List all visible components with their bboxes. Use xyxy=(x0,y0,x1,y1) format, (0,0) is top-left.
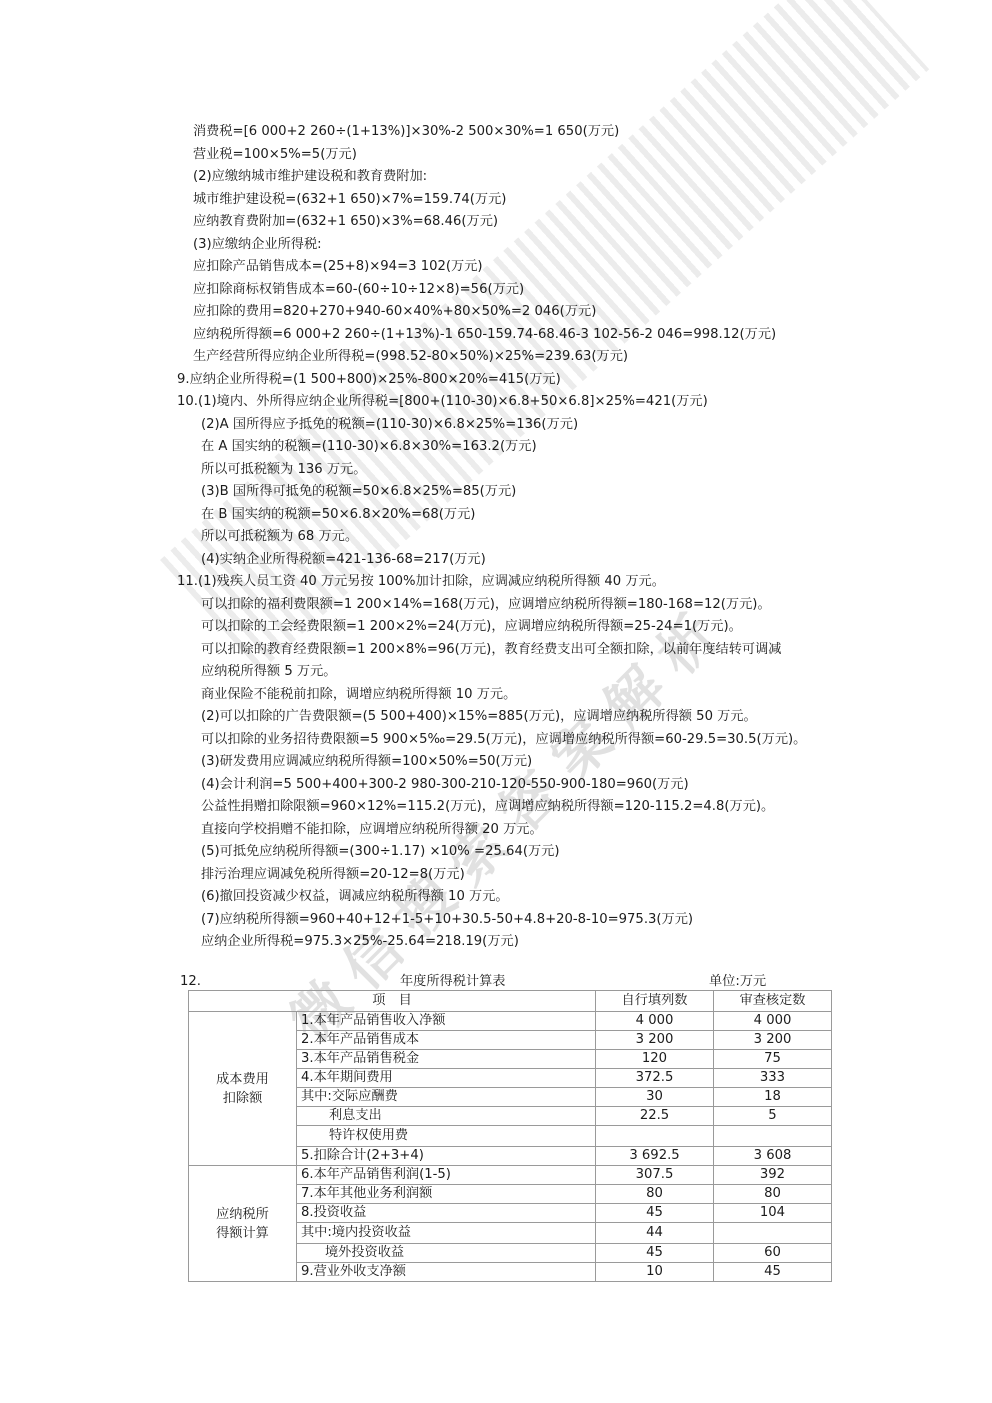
row-audit: 75 xyxy=(714,1050,832,1069)
row-self: 10 xyxy=(596,1263,714,1282)
table-row: 成本费用 扣除额 1.本年产品销售收入净额 4 000 4 000 xyxy=(189,1012,832,1031)
group-taxable-income: 应纳税所 得额计算 xyxy=(189,1166,297,1282)
group-label: 得额计算 xyxy=(216,1226,269,1241)
text-line: 在 B 国实纳的税额=50×6.8×20%=68(万元) xyxy=(201,507,475,523)
header-self-reported: 自行填列数 xyxy=(596,991,714,1012)
text-line: (2)应缴纳城市维护建设税和教育费附加: xyxy=(193,169,427,185)
text-line: (3)B 国所得可抵免的税额=50×6.8×25%=85(万元) xyxy=(201,484,516,500)
text-line: (2)A 国所得应予抵免的税额=(110-30)×6.8×25%=136(万元) xyxy=(201,417,578,433)
row-audit: 4 000 xyxy=(714,1012,832,1031)
row-item: 其中:境内投资收益 xyxy=(297,1223,596,1244)
row-item: 8.投资收益 xyxy=(297,1204,596,1223)
text-line: 城市维护建设税=(632+1 650)×7%=159.74(万元) xyxy=(193,192,506,208)
text-line: (4)会计利润=5 500+400+300-2 980-300-210-120-… xyxy=(201,777,689,793)
text-line: 应扣除产品销售成本=(25+8)×94=3 102(万元) xyxy=(193,259,483,275)
row-audit: 18 xyxy=(714,1088,832,1107)
row-self: 44 xyxy=(596,1223,714,1244)
group-cost-deduction: 成本费用 扣除额 xyxy=(189,1012,297,1166)
text-line: 生产经营所得应纳企业所得税=(998.52-80×50%)×25%=239.63… xyxy=(193,349,628,365)
row-item: 特许权使用费 xyxy=(297,1126,596,1147)
row-item: 5.扣除合计(2+3+4) xyxy=(297,1147,596,1166)
row-audit: 104 xyxy=(714,1204,832,1223)
group-label: 应纳税所 xyxy=(216,1207,269,1222)
row-self: 372.5 xyxy=(596,1069,714,1088)
text-line: 应扣除商标权销售成本=60-(60÷10÷12×8)=56(万元) xyxy=(193,282,524,298)
row-item: 7.本年其他业务利润额 xyxy=(297,1185,596,1204)
row-audit xyxy=(714,1126,832,1147)
row-audit xyxy=(714,1223,832,1244)
text-line: 应纳企业所得税=975.3×25%-25.64=218.19(万元) xyxy=(201,934,519,950)
text-line: 9.应纳企业所得税=(1 500+800)×25%-800×20%=415(万元… xyxy=(177,372,561,388)
text-line: (3)研发费用应调减应纳税所得额=100×50%=50(万元) xyxy=(201,754,532,770)
text-line: 可以扣除的福利费限额=1 200×14%=168(万元)，应调增应纳税所得额=1… xyxy=(201,597,771,613)
row-item: 利息支出 xyxy=(297,1107,596,1126)
table-unit: 单位:万元 xyxy=(709,974,766,990)
text-line: 11.(1)残疾人员工资 40 万元另按 100%加计扣除，应调减应纳税所得额 … xyxy=(177,574,665,590)
text-line: 应纳税所得额=6 000+2 260÷(1+13%)-1 650-159.74-… xyxy=(193,327,776,343)
text-line: 所以可抵税额为 136 万元。 xyxy=(201,462,366,478)
text-line: 可以扣除的业务招待费限额=5 900×5‰=29.5(万元)，应调增应纳税所得额… xyxy=(201,732,806,748)
header-item: 项 目 xyxy=(189,991,596,1012)
row-self: 80 xyxy=(596,1185,714,1204)
text-line: (6)撤回投资减少权益，调减应纳税所得额 10 万元。 xyxy=(201,889,509,905)
row-self: 45 xyxy=(596,1244,714,1263)
row-audit: 392 xyxy=(714,1166,832,1185)
row-item: 2.本年产品销售成本 xyxy=(297,1031,596,1050)
row-audit: 5 xyxy=(714,1107,832,1126)
table-row: 应纳税所 得额计算 6.本年产品销售利润(1-5) 307.5 392 xyxy=(189,1166,832,1185)
header-audited: 审查核定数 xyxy=(714,991,832,1012)
text-line: (3)应缴纳企业所得税: xyxy=(193,237,322,253)
table-title: 年度所得税计算表 xyxy=(400,974,506,990)
table-header-row: 项 目 自行填列数 审查核定数 xyxy=(189,991,832,1012)
row-item: 9.营业外收支净额 xyxy=(297,1263,596,1282)
row-item: 6.本年产品销售利润(1-5) xyxy=(297,1166,596,1185)
text-line: 可以扣除的教育经费限额=1 200×8%=96(万元)，教育经费支出可全额扣除，… xyxy=(201,642,781,658)
text-line: (5)可抵免应纳税所得额=(300÷1.17) ×10% =25.64(万元) xyxy=(201,844,560,860)
text-line: (4)实纳企业所得税额=421-136-68=217(万元) xyxy=(201,552,486,568)
row-self: 30 xyxy=(596,1088,714,1107)
text-line: (2)可以扣除的广告费限额=(5 500+400)×15%=885(万元)，应调… xyxy=(201,709,757,725)
text-line: 应扣除的费用=820+270+940-60×40%+80×50%=2 046(万… xyxy=(193,304,596,320)
row-audit: 3 200 xyxy=(714,1031,832,1050)
row-item: 4.本年期间费用 xyxy=(297,1069,596,1088)
text-line: 应纳税所得额 5 万元。 xyxy=(201,664,336,680)
group-label: 成本费用 xyxy=(216,1072,269,1087)
row-item: 1.本年产品销售收入净额 xyxy=(297,1012,596,1031)
row-self: 307.5 xyxy=(596,1166,714,1185)
row-item: 3.本年产品销售税金 xyxy=(297,1050,596,1069)
text-line: 营业税=100×5%=5(万元) xyxy=(193,147,357,163)
text-line: (7)应纳税所得额=960+40+12+1-5+10+30.5-50+4.8+2… xyxy=(201,912,693,928)
row-self: 3 200 xyxy=(596,1031,714,1050)
row-item: 其中:交际应酬费 xyxy=(297,1088,596,1107)
text-line: 10.(1)境内、外所得应纳企业所得税=[800+(110-30)×6.8+50… xyxy=(177,394,708,410)
row-self: 4 000 xyxy=(596,1012,714,1031)
row-audit: 3 608 xyxy=(714,1147,832,1166)
row-self: 3 692.5 xyxy=(596,1147,714,1166)
text-line: 可以扣除的工会经费限额=1 200×2%=24(万元)，应调增应纳税所得额=25… xyxy=(201,619,742,635)
text-line: 消费税=[6 000+2 260÷(1+13%)]×30%-2 500×30%=… xyxy=(193,124,619,140)
question-number: 12. xyxy=(180,974,201,990)
text-line: 应纳教育费附加=(632+1 650)×3%=68.46(万元) xyxy=(193,214,498,230)
group-label: 扣除额 xyxy=(223,1091,263,1106)
text-line: 所以可抵税额为 68 万元。 xyxy=(201,529,358,545)
text-line: 直接向学校捐赠不能扣除，应调增应纳税所得额 20 万元。 xyxy=(201,822,543,838)
row-audit: 60 xyxy=(714,1244,832,1263)
row-self xyxy=(596,1126,714,1147)
row-self: 45 xyxy=(596,1204,714,1223)
row-audit: 333 xyxy=(714,1069,832,1088)
row-audit: 45 xyxy=(714,1263,832,1282)
row-self: 22.5 xyxy=(596,1107,714,1126)
text-line: 在 A 国实纳的税额=(110-30)×6.8×30%=163.2(万元) xyxy=(201,439,537,455)
row-item: 境外投资收益 xyxy=(297,1244,596,1263)
row-self: 120 xyxy=(596,1050,714,1069)
income-tax-table: 项 目 自行填列数 审查核定数 成本费用 扣除额 1.本年产品销售收入净额 4 … xyxy=(188,990,832,1282)
text-line: 排污治理应调减免税所得额=20-12=8(万元) xyxy=(201,867,465,883)
row-audit: 80 xyxy=(714,1185,832,1204)
text-line: 商业保险不能税前扣除，调增应纳税所得额 10 万元。 xyxy=(201,687,516,703)
text-line: 公益性捐赠扣除限额=960×12%=115.2(万元)，应调增应纳税所得额=12… xyxy=(201,799,774,815)
